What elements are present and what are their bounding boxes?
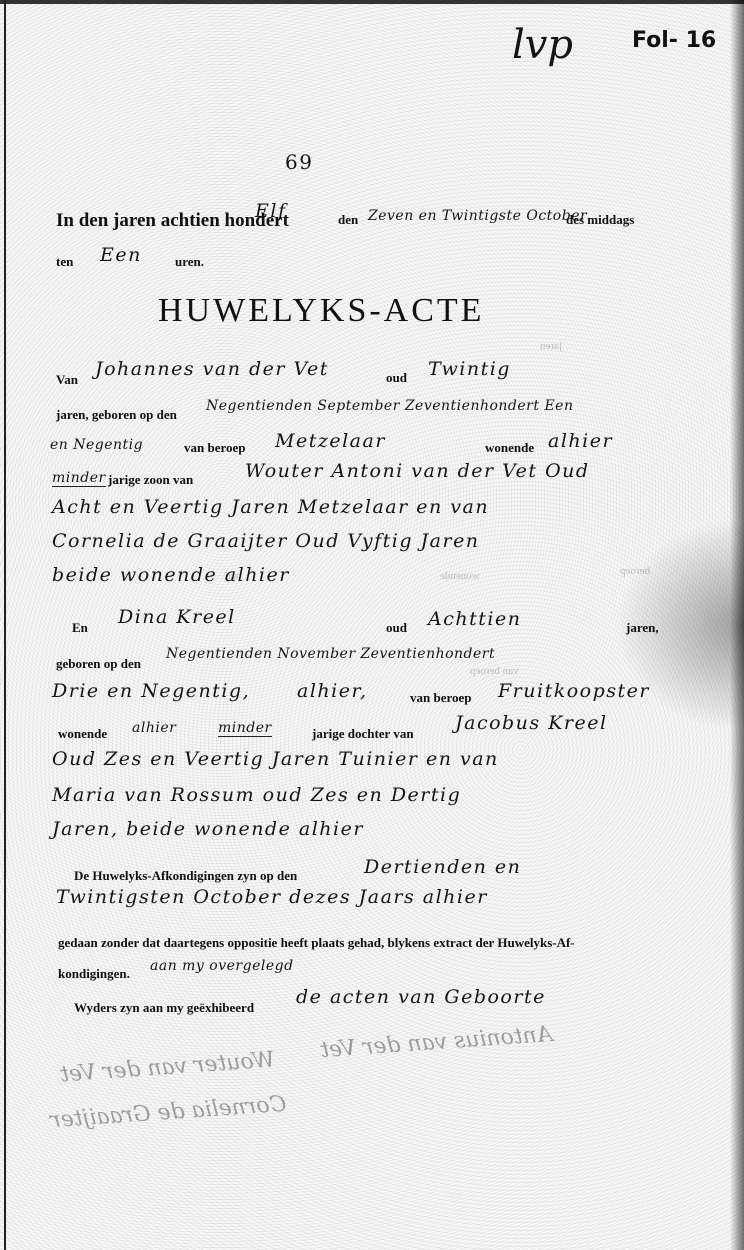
scanned-document-page: jaren beroep oud wonende van beroep Anto… xyxy=(0,0,744,1250)
groom-occupation: Metzelaar xyxy=(275,430,386,452)
bride-occupation: Fruitkoopster xyxy=(498,680,650,702)
bleedthrough-signature: Cornelia de Graaijter xyxy=(49,1092,287,1133)
bride-father: Jacobus Kreel xyxy=(455,712,608,734)
year-handwritten: Elf xyxy=(255,200,286,222)
bleedthrough-text: wonende xyxy=(440,570,480,582)
page-left-edge xyxy=(4,0,6,1250)
banns-hand-4: de acten van Geboorte xyxy=(296,986,546,1008)
label-wonende: wonende xyxy=(485,440,534,456)
label-jarige-dochter: jarige dochter van xyxy=(312,726,414,742)
label-beroep: van beroep xyxy=(184,440,246,456)
date-handwritten: Zeven en Twintigste October xyxy=(368,208,587,224)
bleedthrough-text: beroep xyxy=(620,565,650,577)
bleedthrough-signature: Wouter van der Vet xyxy=(59,1048,275,1088)
groom-mother: Cornelia de Graaijter Oud Vyftig Jaren xyxy=(52,530,480,552)
page-top-edge xyxy=(0,0,744,4)
bride-name: Dina Kreel xyxy=(118,606,236,628)
bride-birth-date: Negentienden November Zeventienhondert xyxy=(166,646,495,662)
label-jarige-zoon: jarige zoon van xyxy=(108,472,193,488)
bleedthrough-text: jaren xyxy=(540,340,562,352)
groom-birth-date: Negentienden September Zeventienhondert … xyxy=(206,398,573,414)
groom-birth-date-cont: en Negentig xyxy=(50,437,143,453)
bride-residence: alhier xyxy=(132,720,176,736)
opening-printed-1: In den jaren achtien hondert xyxy=(56,210,289,232)
bride-father-line2: Oud Zes en Veertig Jaren Tuinier en van xyxy=(52,748,499,770)
banns-date-1: Dertienden en xyxy=(364,856,521,878)
label-beroep: van beroep xyxy=(410,690,472,706)
label-oud: oud xyxy=(386,370,407,386)
label-oud: oud xyxy=(386,620,407,636)
label-jaren: jaren, xyxy=(626,620,659,636)
label-jaren-geboren: jaren, geboren op den xyxy=(56,407,177,423)
bride-birthplace: alhier, xyxy=(297,680,368,702)
groom-residence: alhier xyxy=(548,430,613,452)
banns-printed-3: kondigingen. xyxy=(58,966,130,982)
bleedthrough-signature: Antonius van der Vet xyxy=(319,1022,553,1063)
record-number: 69 xyxy=(285,150,313,174)
label-geboren: geboren op den xyxy=(56,656,141,672)
label-en: En xyxy=(72,620,88,636)
folio-number: Fol- 16 xyxy=(632,28,716,53)
bride-mother: Maria van Rossum oud Zes en Dertig xyxy=(52,784,461,806)
label-van: Van xyxy=(56,372,78,388)
opening-printed-5: uren. xyxy=(175,254,204,270)
opening-printed-2: den xyxy=(338,212,358,228)
label-wonende: wonende xyxy=(58,726,107,742)
initials-mark: lvp xyxy=(512,22,573,68)
banns-date-2: Twintigsten October dezes Jaars alhier xyxy=(56,886,488,908)
opening-printed-3: des middags xyxy=(566,212,634,228)
document-title: HUWELYKS-ACTE xyxy=(158,292,484,330)
groom-name: Johannes van der Vet xyxy=(95,358,329,380)
bride-minor: minder xyxy=(218,720,272,737)
groom-minor: minder xyxy=(52,470,106,487)
banns-printed-2: gedaan zonder dat daartegens oppositie h… xyxy=(58,935,575,951)
page-right-shadow xyxy=(730,0,744,1250)
banns-hand-3: aan my overgelegd xyxy=(150,958,294,974)
opening-printed-4: ten xyxy=(56,254,73,270)
bride-birth-date-cont: Drie en Negentig, xyxy=(52,680,250,702)
groom-parents-residence: beide wonende alhier xyxy=(52,564,290,586)
bleedthrough-text: van beroep xyxy=(470,665,519,677)
hour-handwritten: Een xyxy=(100,244,142,266)
banns-printed-4: Wyders zyn aan my geëxhibeerd xyxy=(74,1000,254,1016)
bride-parents-residence: Jaren, beide wonende alhier xyxy=(52,818,364,840)
groom-age: Twintig xyxy=(428,358,511,380)
groom-father-line2: Acht en Veertig Jaren Metzelaar en van xyxy=(52,496,489,518)
banns-printed-1: De Huwelyks-Afkondigingen zyn op den xyxy=(74,868,297,884)
bride-age: Achttien xyxy=(428,608,521,630)
groom-father: Wouter Antoni van der Vet Oud xyxy=(245,460,590,482)
